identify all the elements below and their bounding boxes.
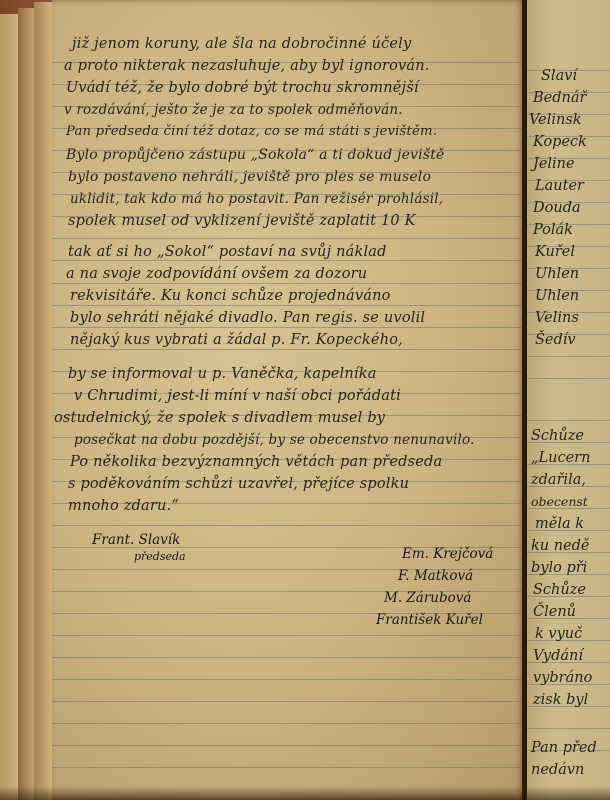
text-line: v rozdávání, ješto že je za to spolek od… xyxy=(64,102,403,118)
name-entry: Slaví xyxy=(541,68,577,84)
text-line: nedávn xyxy=(531,762,584,778)
text-line: bylo při xyxy=(531,560,587,576)
text-line: bylo postaveno nehráli, jeviště pro ples… xyxy=(68,169,431,185)
text-line: Členů xyxy=(533,604,576,620)
signature: František Kuřel xyxy=(376,612,483,628)
rule-line xyxy=(52,657,524,658)
chairman-signature: Frant. Slavík xyxy=(92,532,180,548)
text-line: bylo sehráti nějaké divadlo. Pan regis. … xyxy=(70,310,425,326)
name-entry: Jeline xyxy=(533,156,575,172)
text-line: s poděkováním schůzi uzavřel, přejíce sp… xyxy=(68,476,409,492)
page-stack-edge xyxy=(18,8,35,800)
rule-line xyxy=(52,525,524,526)
name-entry: Douda xyxy=(533,200,581,216)
name-entry: Kuřel xyxy=(535,244,575,260)
left-page: již jenom koruny, ale šla na dobročinné … xyxy=(52,0,524,800)
text-line: Pan před xyxy=(531,740,597,756)
text-line: a proto nikterak nezasluhuje, aby byl ig… xyxy=(64,58,430,74)
rule-line xyxy=(52,723,524,724)
name-entry: Lauter xyxy=(535,178,584,194)
text-line: „Lucern xyxy=(531,450,590,466)
text-line: zisk byl xyxy=(533,692,588,708)
name-entry: Velinsk xyxy=(529,112,582,128)
page-stack-edge xyxy=(34,2,53,800)
text-line: již jenom koruny, ale šla na dobročinné … xyxy=(72,36,411,52)
text-line: by se informoval u p. Vaněčka, kapelníka xyxy=(68,366,377,382)
text-line: Schůze xyxy=(531,428,584,444)
chairman-role: předseda xyxy=(134,550,186,563)
rule-line xyxy=(52,679,524,680)
text-line: posečkat na dobu pozdější, by se obecens… xyxy=(74,432,475,448)
name-entry: Šedív xyxy=(535,332,576,348)
text-line: tak ať si ho „Sokol“ postaví na svůj nák… xyxy=(68,244,387,260)
text-line: v Chrudimi, jest-li míní v naší obci poř… xyxy=(74,388,401,404)
text-line: obecenst xyxy=(531,494,588,509)
name-entry: Kopeck xyxy=(533,134,587,150)
rule-line xyxy=(52,327,524,328)
right-page-partial: Slaví Bednář Velinsk Kopeck Jeline Laute… xyxy=(527,0,610,800)
text-line: Vydání xyxy=(533,648,583,664)
signature: Em. Krejčová xyxy=(402,546,493,562)
text-line: Po několika bezvýznamných větách pan pře… xyxy=(70,454,442,470)
rule-line xyxy=(52,349,524,350)
text-line: Schůze xyxy=(533,582,586,598)
name-entry: Polák xyxy=(533,222,573,238)
text-line: mnoho zdaru.“ xyxy=(68,498,179,514)
text-line: ku nedě xyxy=(531,538,590,554)
text-line: k vyuč xyxy=(535,626,582,642)
text-line: rekvisitáře. Ku konci schůze projednáván… xyxy=(70,288,391,304)
text-line: nějaký kus vybrati a žádal p. Fr. Kopeck… xyxy=(70,332,403,348)
text-line: spolek musel od vyklizení jeviště zaplat… xyxy=(68,213,416,229)
page-stack-edge xyxy=(0,14,19,800)
rule-line xyxy=(52,635,524,636)
bottom-shadow xyxy=(0,786,610,800)
rule-line xyxy=(52,305,524,306)
text-line: Pan předseda činí též dotaz, co se má st… xyxy=(66,124,437,139)
rule-line xyxy=(52,260,524,261)
text-line: Uvádí též, že bylo dobré být trochu skro… xyxy=(66,80,419,96)
name-entry: Uhlen xyxy=(535,266,579,282)
text-line: vybráno xyxy=(533,670,592,686)
rule-line xyxy=(52,767,524,768)
name-entry: Velins xyxy=(535,310,579,326)
text-line: a na svoje zodpovídání ovšem za dozoru xyxy=(66,266,367,282)
rule-line xyxy=(52,283,524,284)
text-line: měla k xyxy=(535,516,584,532)
rule-line xyxy=(52,745,524,746)
text-line: uklidit, tak kdo má ho postavit. Pan rež… xyxy=(70,191,443,207)
text-line: Bylo propůjčeno zástupu „Sokola“ a ti do… xyxy=(66,147,445,163)
name-entry: Uhlen xyxy=(535,288,579,304)
name-entry: Bednář xyxy=(533,90,586,106)
signature: M. Zárubová xyxy=(384,590,471,606)
signature: F. Matková xyxy=(398,568,473,584)
text-line: ostudelnický, že spolek s divadlem musel… xyxy=(54,410,385,426)
rule-line xyxy=(52,238,524,239)
rule-line xyxy=(52,701,524,702)
text-line: zdařila, xyxy=(531,472,586,488)
